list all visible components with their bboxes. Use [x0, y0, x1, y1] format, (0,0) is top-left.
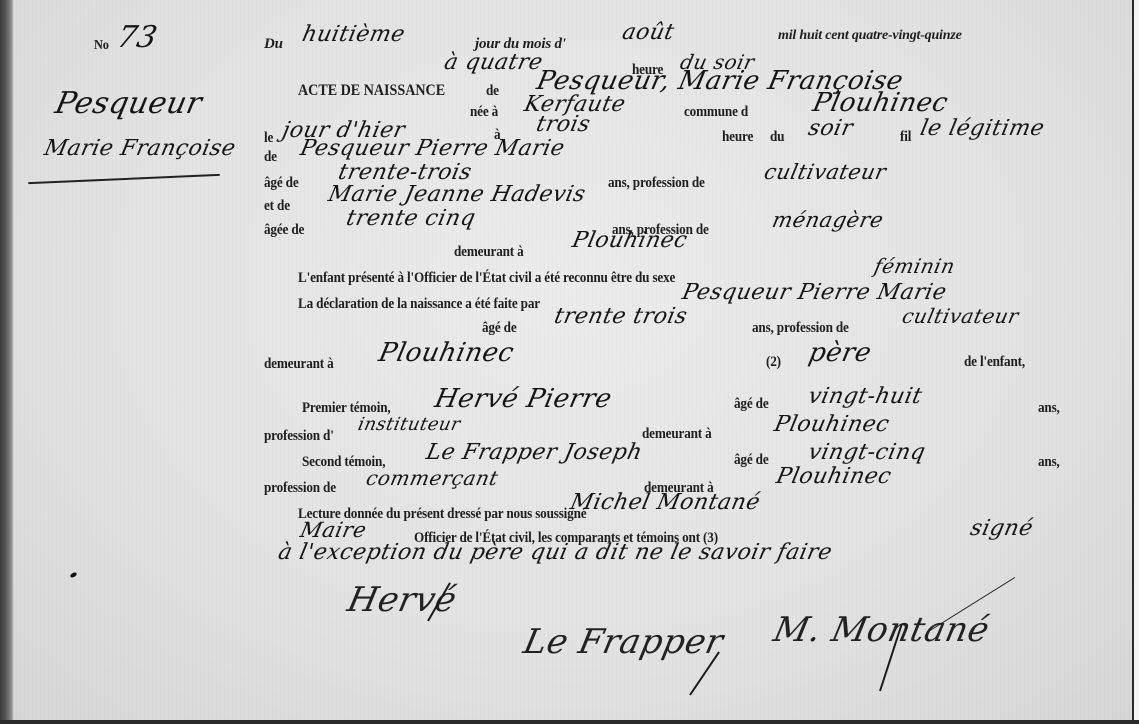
right-margin: [1134, 0, 1139, 720]
officer-name: Michel Montané: [568, 490, 763, 515]
filiation-value: le légitime: [918, 116, 1047, 141]
mother-profession: ménagère: [770, 208, 886, 232]
declarant-res-label: demeurant à: [264, 356, 334, 373]
witness1-prof-label: profession d': [264, 428, 334, 445]
month-value: août: [620, 20, 677, 45]
declarant-prof-label: ans, profession de: [752, 320, 849, 337]
sex-value: féminin: [872, 254, 957, 278]
scanned-register-page: No 73 Pesqueur Marie Françoise Du huitiè…: [0, 0, 1139, 720]
declaration-label: La déclaration de la naissance a été fai…: [298, 296, 540, 313]
residence-value: Plouhinec: [570, 228, 690, 253]
date-prefix: Du: [264, 36, 283, 53]
exception-note: à l'exception du père qui a dit ne le sa…: [276, 540, 835, 565]
witness2-ans: ans,: [1038, 454, 1060, 471]
father-prof-label: ans, profession de: [608, 175, 705, 192]
de-label: de: [264, 149, 277, 166]
father-name: Pesqueur Pierre Marie: [298, 136, 567, 161]
witness1-ans: ans,: [1038, 400, 1060, 417]
born-label: née à: [470, 104, 498, 121]
residence-label: demeurant à: [454, 244, 524, 261]
witness2-prof-label: profession de: [264, 480, 336, 497]
relation-suffix: de l'enfant,: [964, 354, 1025, 371]
declarant-name: Pesqueur Pierre Marie: [680, 280, 949, 305]
witness2-profession: commerçant: [364, 466, 501, 490]
signature-montane: M. Montané: [770, 610, 993, 650]
commune-value: Plouhinec: [810, 88, 951, 118]
witness2-age-label: âgé de: [734, 452, 769, 469]
mother-age-label: âgée de: [264, 222, 304, 239]
witness1-name: Hervé Pierre: [432, 384, 615, 414]
ink-blot: [69, 572, 77, 579]
margin-underline: [28, 174, 220, 184]
declarant-profession: cultivateur: [900, 304, 1021, 328]
witness1-age: vingt-huit: [806, 384, 925, 409]
entry-number-label: No: [94, 38, 109, 54]
mother-name: Marie Jeanne Hadevis: [326, 182, 588, 207]
declaration-hour: à quatre: [442, 50, 545, 75]
declarant-age-label: âgé de: [482, 320, 517, 337]
declarant-age: trente trois: [552, 304, 690, 329]
signature-herve: Hervé: [344, 580, 460, 620]
signed-value: signé: [968, 516, 1035, 541]
birth-hour-label: heure: [722, 129, 753, 146]
father-profession: cultivateur: [762, 160, 889, 184]
witness1-profession: instituteur: [356, 414, 462, 435]
margin-surname: Pesqueur: [52, 86, 205, 121]
witness2-name: Le Frapper Joseph: [424, 440, 645, 465]
birth-hour: trois: [534, 112, 593, 137]
document-title: ACTE DE NAISSANCE: [298, 82, 445, 100]
title-de: de: [486, 83, 499, 100]
officer-title: Maire: [298, 518, 369, 542]
signature-le-frapper: Le Frapper: [520, 622, 727, 662]
relation-value: père: [806, 338, 874, 368]
witness1-residence: Plouhinec: [772, 412, 892, 437]
birth-period: soir: [806, 116, 855, 141]
mother-age: trente cinq: [344, 206, 478, 231]
commune-label: commune d: [684, 104, 748, 121]
witness2-residence: Plouhinec: [774, 464, 894, 489]
father-age-label: âgé de: [264, 175, 299, 192]
declarant-residence: Plouhinec: [376, 338, 517, 368]
relation-note: (2): [766, 354, 781, 371]
sex-label: L'enfant présenté à l'Officier de l'État…: [298, 270, 675, 287]
witness1-age-label: âgé de: [734, 396, 769, 413]
et-de-label: et de: [264, 198, 290, 215]
witness1-res-label: demeurant à: [642, 426, 712, 443]
witness2-age: vingt-cinq: [806, 440, 928, 465]
le-label: le: [264, 130, 273, 147]
day-value: huitième: [300, 22, 407, 47]
year-label: mil huit cent quatre-vingt-quinze: [778, 28, 962, 44]
filiation-label: fil: [900, 129, 911, 146]
margin-given-names: Marie Françoise: [42, 136, 238, 161]
birth-period-label: du: [770, 129, 784, 146]
entry-number: 73: [114, 20, 161, 55]
binding-edge: [0, 0, 14, 720]
